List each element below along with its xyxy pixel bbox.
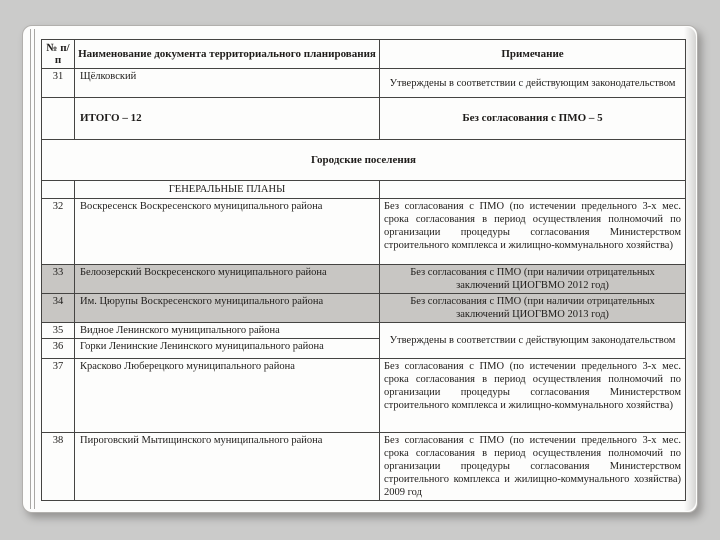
subsection-row: ГЕНЕРАЛЬНЫЕ ПЛАНЫ [42, 181, 686, 199]
cell-name: Им. Цюрупы Воскресенского муниципального… [75, 294, 380, 323]
table-row-total: ИТОГО – 12 Без согласования с ПМО – 5 [42, 98, 686, 140]
table-row-37: 37 Красково Люберецкого муниципального р… [42, 359, 686, 433]
cell-num: 32 [42, 199, 75, 265]
table-row-32: 32 Воскресенск Воскресенского муниципаль… [42, 199, 686, 265]
total-note: Без согласования с ПМО – 5 [380, 98, 686, 140]
cell-note: Без согласования с ПМО (по истечении пре… [380, 433, 686, 501]
subsection-title: ГЕНЕРАЛЬНЫЕ ПЛАНЫ [75, 181, 380, 199]
cell-num: 36 [42, 339, 75, 359]
cell-num: 37 [42, 359, 75, 433]
table-row-35: 35 Видное Ленинского муниципального райо… [42, 323, 686, 339]
cell-name: Воскресенск Воскресенского муниципальног… [75, 199, 380, 265]
header-cell-num: № п/п [42, 40, 75, 69]
section-row: Городские поселения [42, 140, 686, 181]
header-cell-name: Наименование документа территориального … [75, 40, 380, 69]
table-row-34: 34 Им. Цюрупы Воскресенского муниципальн… [42, 294, 686, 323]
scan-edge-line [34, 29, 35, 509]
table-row-38: 38 Пироговский Мытищинского муниципально… [42, 433, 686, 501]
cell-note: Без согласования с ПМО (по истечении пре… [380, 359, 686, 433]
cell-num-empty [42, 181, 75, 199]
cell-num: 33 [42, 265, 75, 294]
scan-edge-line [30, 29, 31, 509]
planning-documents-table: № п/п Наименование документа территориал… [41, 39, 686, 501]
cell-note: Без согласования с ПМО (при наличии отри… [380, 265, 686, 294]
scanned-document-card: № п/п Наименование документа территориал… [22, 25, 698, 513]
cell-note: Утверждены в соответствии с действующим … [380, 69, 686, 98]
cell-name: Пироговский Мытищинского муниципального … [75, 433, 380, 501]
total-label: ИТОГО – 12 [75, 98, 380, 140]
slide-background: { "colors": { "page_background": "#cbcbc… [0, 0, 720, 540]
cell-note-empty [380, 181, 686, 199]
cell-name: Щёлковский [75, 69, 380, 98]
table-header-row: № п/п Наименование документа территориал… [42, 40, 686, 69]
cell-name: Горки Ленинские Ленинского муниципальног… [75, 339, 380, 359]
cell-name: Красково Люберецкого муниципального райо… [75, 359, 380, 433]
table-row-33: 33 Белоозерский Воскресенского муниципал… [42, 265, 686, 294]
cell-note-merged: Утверждены в соответствии с действующим … [380, 323, 686, 359]
cell-num: 35 [42, 323, 75, 339]
cell-note: Без согласования с ПМО (при наличии отри… [380, 294, 686, 323]
cell-num-empty [42, 98, 75, 140]
cell-num: 38 [42, 433, 75, 501]
cell-name: Белоозерский Воскресенского муниципально… [75, 265, 380, 294]
header-cell-note: Примечание [380, 40, 686, 69]
cell-num: 34 [42, 294, 75, 323]
cell-name: Видное Ленинского муниципального района [75, 323, 380, 339]
cell-note: Без согласования с ПМО (по истечении пре… [380, 199, 686, 265]
section-title: Городские поселения [42, 140, 686, 181]
cell-num: 31 [42, 69, 75, 98]
table-row-31: 31 Щёлковский Утверждены в соответствии … [42, 69, 686, 98]
